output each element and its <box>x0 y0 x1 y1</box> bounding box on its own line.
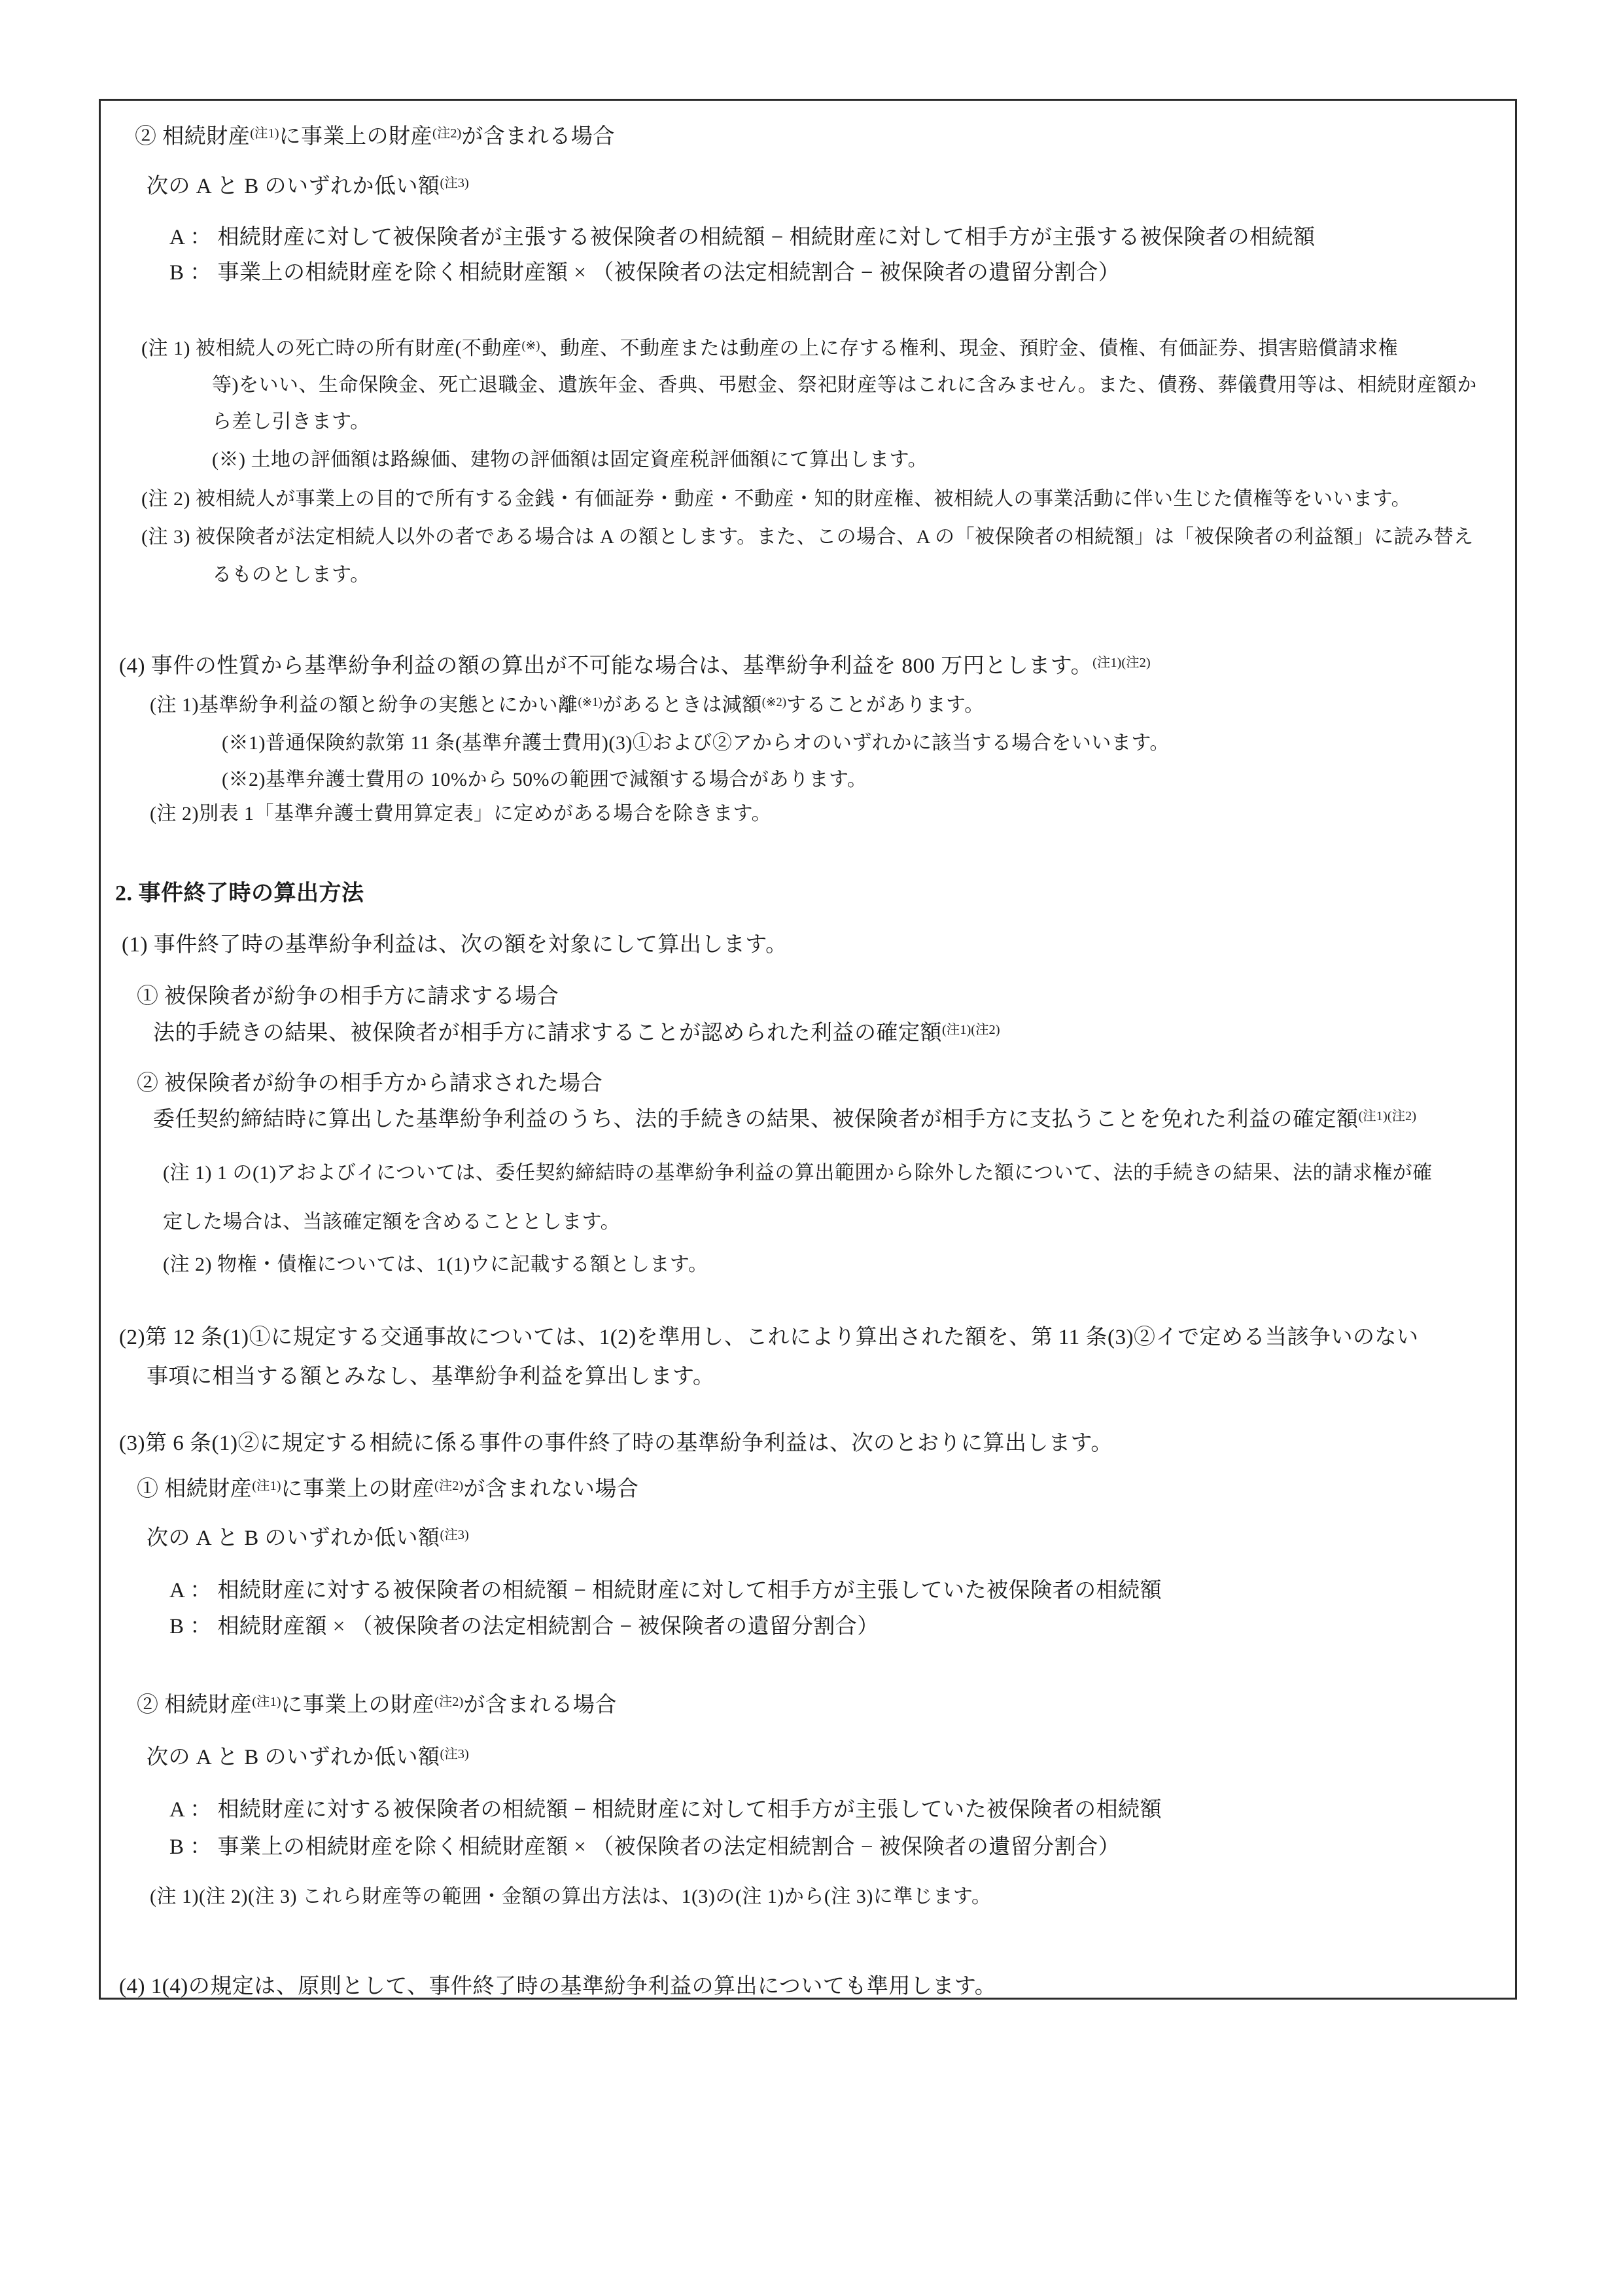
note-1-line-1: (注 1) 被相続人の死亡時の所有財産(不動産(※)、動産、不動産または動産の上… <box>141 335 1515 362</box>
text-segment: B ： 相続財産額 × （被保険者の法定相続割合 − 被保険者の遺留分割合） <box>169 1615 879 1638</box>
text-segment: (※2)基準弁護士費用の 10%から 50%の範囲で減額する場合があります。 <box>222 769 867 790</box>
s21-note-1-line-2: 定した場合は、当該確定額を含めることとします。 <box>163 1209 1515 1236</box>
text-segment: に事業上の財産 <box>281 1477 435 1501</box>
text-segment: B ： 事業上の相続財産を除く相続財産額 × （被保険者の法定相続割合 − 被保… <box>169 261 1120 285</box>
text-segment: (4) 事件の性質から基準紛争利益の額の算出が不可能な場合は、基準紛争利益を 8… <box>119 654 1092 678</box>
text-segment: に事業上の財産 <box>281 1693 435 1717</box>
text-segment: (3)第 6 条(1)②に規定する相続に係る事件の事件終了時の基準紛争利益は、次… <box>119 1432 1113 1455</box>
footnote-ref: (注1)(注2) <box>942 1023 1000 1037</box>
text-segment: (4) 1(4)の規定は、原則として、事件終了時の基準紛争利益の算出についても準… <box>119 1975 996 1998</box>
footnote-ref: (※1) <box>578 696 602 709</box>
text-segment: することがあります。 <box>786 694 985 716</box>
s2-1-item-2-body: 委任契約締結時に算出した基準紛争利益のうち、法的手続きの結果、被保険者が相手方に… <box>153 1104 1515 1135</box>
text-segment: (2)第 12 条(1)①に規定する交通事故については、1(2)を準用し、これに… <box>119 1326 1419 1349</box>
text-segment: (注 1) 被相続人の死亡時の所有財産(不動産 <box>141 338 521 359</box>
text-segment: 事項に相当する額とみなし、基準紛争利益を算出します。 <box>147 1365 714 1388</box>
s2-1-item-2: ② 被保険者が紛争の相手方から請求された場合 <box>137 1069 1515 1099</box>
text-segment: が含まれない場合 <box>463 1477 638 1501</box>
text-segment: (※1)普通保険約款第 11 条(基準弁護士費用)(3)①および②アからオのいず… <box>222 732 1170 754</box>
text-segment: 次の A と B のいずれか低い額 <box>147 1527 440 1550</box>
text-segment: が含まれる場合 <box>461 125 615 149</box>
note-2: (注 2) 被相続人が事業上の目的で所有する金銭・有価証券・動産・不動産・知的財… <box>141 486 1515 513</box>
text-segment: 、動産、不動産または動産の上に存する権利、現金、預貯金、債権、有価証券、損害賠償… <box>540 338 1398 359</box>
s2-2-line-1: (2)第 12 条(1)①に規定する交通事故については、1(2)を準用し、これに… <box>119 1322 1515 1352</box>
text-segment: 法的手続きの結果、被保険者が相手方に請求することが認められた利益の確定額 <box>153 1021 942 1045</box>
s23-item-1: ① 相続財産(注1)に事業上の財産(注2)が含まれない場合 <box>137 1474 1515 1504</box>
formula-b: B ： 事業上の相続財産を除く相続財産額 × （被保険者の法定相続割合 − 被保… <box>169 258 1515 288</box>
text-segment: (注 2) 物権・債権については、1(1)ウに記載する額とします。 <box>163 1254 708 1275</box>
text-segment: (注 1)(注 2)(注 3) これら財産等の範囲・金額の算出方法は、1(3)の… <box>150 1886 991 1907</box>
s2-1-item-1-body: 法的手続きの結果、被保険者が相手方に請求することが認められた利益の確定額(注1)… <box>153 1018 1515 1048</box>
text-segment: 等)をいい、生命保険金、死亡退職金、遺族年金、香典、弔慰金、祭祀財産等はこれに含… <box>212 374 1477 396</box>
s21-note-1-line-1: (注 1) 1 の(1)アおよびイについては、委任契約締結時の基準紛争利益の算出… <box>163 1159 1515 1187</box>
text-segment: 定した場合は、当該確定額を含めることとします。 <box>163 1211 620 1233</box>
text-segment: 2. 事件終了時の算出方法 <box>115 881 364 906</box>
s2-3: (3)第 6 条(1)②に規定する相続に係る事件の事件終了時の基準紛争利益は、次… <box>119 1428 1515 1458</box>
s23-item-2: ② 相続財産(注1)に事業上の財産(注2)が含まれる場合 <box>137 1690 1515 1720</box>
text-segment: (注 1) 1 の(1)アおよびイについては、委任契約締結時の基準紛争利益の算出… <box>163 1162 1433 1184</box>
note-1-kome: (※) 土地の評価額は路線価、建物の評価額は固定資産税評価額にて算出します。 <box>212 446 1515 474</box>
s2-1-item-1: ① 被保険者が紛争の相手方に請求する場合 <box>137 981 1515 1012</box>
footnote-ref: (注1) <box>252 1695 281 1709</box>
text-segment: ② 被保険者が紛争の相手方から請求された場合 <box>137 1072 602 1095</box>
s23-item-1-a: A ： 相続財産に対する被保険者の相続額 − 相続財産に対して相手方が主張してい… <box>169 1576 1515 1606</box>
text-segment: 委任契約締結時に算出した基準紛争利益のうち、法的手続きの結果、被保険者が相手方に… <box>153 1108 1359 1131</box>
text-segment: (注 2) 被相続人が事業上の目的で所有する金銭・有価証券・動産・不動産・知的財… <box>141 488 1411 510</box>
item-2-included-heading: ② 相続財産(注1)に事業上の財産(注2)が含まれる場合 <box>135 122 1515 152</box>
note-1-line-2: 等)をいい、生命保険金、死亡退職金、遺族年金、香典、弔慰金、祭祀財産等はこれに含… <box>212 372 1515 399</box>
text-segment: ① 被保険者が紛争の相手方に請求する場合 <box>137 985 559 1008</box>
s23-item-1-b: B ： 相続財産額 × （被保険者の法定相続割合 − 被保険者の遺留分割合） <box>169 1612 1515 1642</box>
footnote-ref: (注1) <box>250 126 279 141</box>
footnote-ref: (注1) <box>252 1479 281 1493</box>
section-1-4: (4) 事件の性質から基準紛争利益の額の算出が不可能な場合は、基準紛争利益を 8… <box>119 651 1515 681</box>
s23-item-1-lower: 次の A と B のいずれか低い額(注3) <box>147 1523 1515 1553</box>
lower-of-a-b: 次の A と B のいずれか低い額(注3) <box>147 171 1515 202</box>
s2-4: (4) 1(4)の規定は、原則として、事件終了時の基準紛争利益の算出についても準… <box>119 1971 1515 2000</box>
footnote-ref: (注1)(注2) <box>1359 1109 1417 1123</box>
s14-kome-2: (※2)基準弁護士費用の 10%から 50%の範囲で減額する場合があります。 <box>222 766 1515 794</box>
text-segment: (注 2)別表 1「基準弁護士費用算定表」に定めがある場合を除きます。 <box>150 803 771 824</box>
footnote-ref: (注2) <box>434 1695 463 1709</box>
text-segment: ② 相続財産 <box>137 1693 252 1717</box>
s2-1: (1) 事件終了時の基準紛争利益は、次の額を対象にして算出します。 <box>122 930 1515 960</box>
text-segment: 次の A と B のいずれか低い額 <box>147 175 440 198</box>
note-3-line-1: (注 3) 被保険者が法定相続人以外の者である場合は A の額とします。また、こ… <box>141 523 1515 551</box>
s21-note-2: (注 2) 物権・債権については、1(1)ウに記載する額とします。 <box>163 1251 1515 1279</box>
text-segment: に事業上の財産 <box>279 125 433 149</box>
document-page: ② 相続財産(注1)に事業上の財産(注2)が含まれる場合次の A と B のいず… <box>0 0 1623 2296</box>
text-segment: があるときは減額 <box>602 694 762 716</box>
text-segment: (注 1)基準紛争利益の額と紛争の実態とにかい離 <box>150 694 578 716</box>
note-1-line-3: ら差し引きます。 <box>212 408 1515 436</box>
footnote-ref: (注2) <box>432 126 461 141</box>
s23-item-2-lower: 次の A と B のいずれか低い額(注3) <box>147 1742 1515 1773</box>
formula-a: A ： 相続財産に対して被保険者が主張する被保険者の相続額 − 相続財産に対して… <box>169 222 1515 253</box>
s23-notes: (注 1)(注 2)(注 3) これら財産等の範囲・金額の算出方法は、1(3)の… <box>150 1883 1515 1911</box>
s14-note-1: (注 1)基準紛争利益の額と紛争の実態とにかい離(※1)があるときは減額(※2)… <box>150 692 1515 719</box>
note-3-line-2: るものとします。 <box>212 561 1515 589</box>
footnote-ref: (注2) <box>434 1479 463 1493</box>
text-segment: が含まれる場合 <box>463 1693 617 1717</box>
text-segment: ら差し引きます。 <box>212 411 370 433</box>
footnote-ref: (注1)(注2) <box>1092 656 1151 670</box>
footnote-ref: (注3) <box>440 176 469 190</box>
text-segment: A ： 相続財産に対する被保険者の相続額 − 相続財産に対して相手方が主張してい… <box>169 1798 1162 1822</box>
text-segment: A ： 相続財産に対して被保険者が主張する被保険者の相続額 − 相続財産に対して… <box>169 226 1316 249</box>
s2-2-line-2: 事項に相当する額とみなし、基準紛争利益を算出します。 <box>147 1362 1515 1392</box>
footnote-ref: (※) <box>521 339 540 353</box>
section-2-heading: 2. 事件終了時の算出方法 <box>115 879 1515 909</box>
text-segment: (1) 事件終了時の基準紛争利益は、次の額を対象にして算出します。 <box>122 933 788 957</box>
s23-item-2-a: A ： 相続財産に対する被保険者の相続額 − 相続財産に対して相手方が主張してい… <box>169 1795 1515 1825</box>
text-segment: (注 3) 被保険者が法定相続人以外の者である場合は A の額とします。また、こ… <box>141 526 1474 548</box>
footnote-ref: (注3) <box>440 1528 469 1542</box>
text-segment: るものとします。 <box>212 564 370 586</box>
document-box: ② 相続財産(注1)に事業上の財産(注2)が含まれる場合次の A と B のいず… <box>99 99 1517 2000</box>
s14-note-2: (注 2)別表 1「基準弁護士費用算定表」に定めがある場合を除きます。 <box>150 800 1515 828</box>
text-segment: 次の A と B のいずれか低い額 <box>147 1746 440 1769</box>
s23-item-2-b: B ： 事業上の相続財産を除く相続財産額 × （被保険者の法定相続割合 − 被保… <box>169 1832 1515 1862</box>
s14-kome-1: (※1)普通保険約款第 11 条(基準弁護士費用)(3)①および②アからオのいず… <box>222 730 1515 757</box>
text-segment: (※) 土地の評価額は路線価、建物の評価額は固定資産税評価額にて算出します。 <box>212 449 928 470</box>
text-segment: A ： 相続財産に対する被保険者の相続額 − 相続財産に対して相手方が主張してい… <box>169 1579 1162 1602</box>
footnote-ref: (※2) <box>762 696 786 709</box>
text-segment: B ： 事業上の相続財産を除く相続財産額 × （被保険者の法定相続割合 − 被保… <box>169 1835 1120 1859</box>
text-segment: ② 相続財産 <box>135 125 250 149</box>
text-segment: ① 相続財産 <box>137 1477 252 1501</box>
footnote-ref: (注3) <box>440 1747 469 1761</box>
